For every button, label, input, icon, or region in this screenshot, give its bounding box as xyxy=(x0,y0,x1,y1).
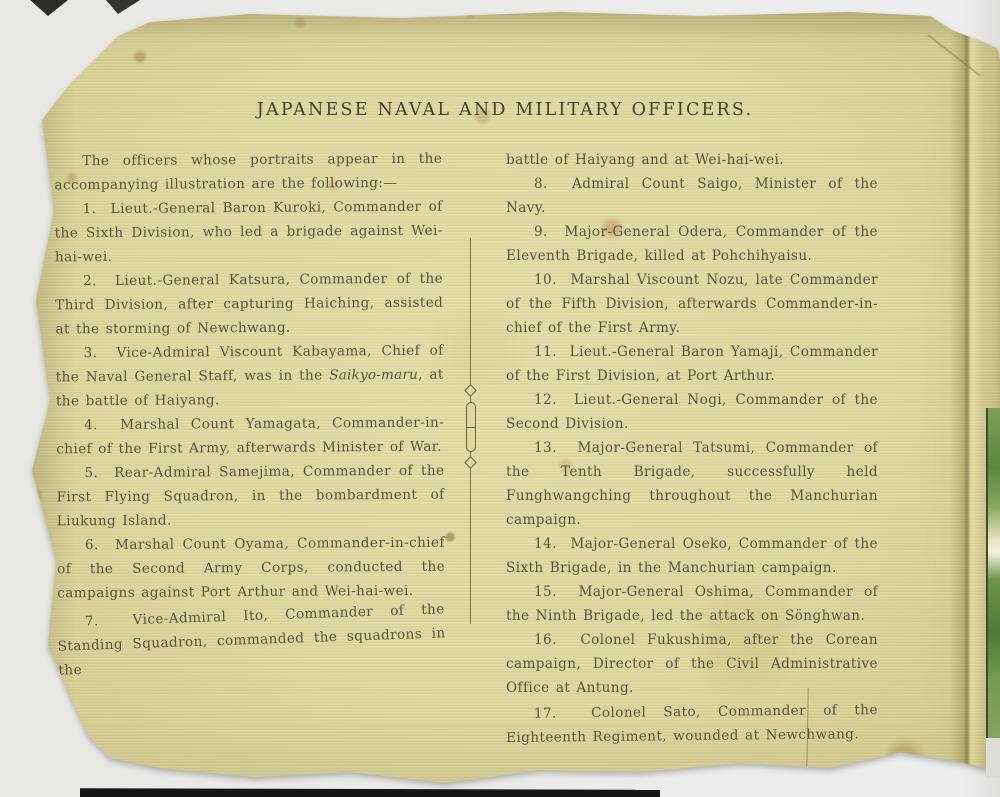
officer-entry-2: 2. Lieut.-General Katsura, Commander of … xyxy=(55,267,443,342)
divider-capsule-ornament xyxy=(466,402,476,452)
text-run: 15. Major-General Oshima, Commander of t… xyxy=(506,584,878,624)
paper-sheet-wrap: JAPANESE NAVAL AND MILITARY OFFICERS. Th… xyxy=(0,0,1000,797)
text-run: 2. Lieut.-General Katsura, Commander of … xyxy=(55,271,443,338)
text-run: 6. Marshal Count Oyama, Commander-in-chi… xyxy=(57,535,445,602)
text-run: 9. Major-General Odera, Commander of the… xyxy=(506,224,878,264)
scanned-book-page: JAPANESE NAVAL AND MILITARY OFFICERS. Th… xyxy=(0,0,1000,797)
officer-entry-13: 13. Major-General Tatsumi, Commander of … xyxy=(506,436,878,532)
text-run: 13. Major-General Tatsumi, Commander of … xyxy=(506,440,878,528)
adjacent-page-edge xyxy=(986,738,1000,778)
officer-entry-15: 15. Major-General Oshima, Commander of t… xyxy=(506,580,878,628)
officer-entry-12: 12. Lieut.-General Nogi, Commander of th… xyxy=(506,388,878,436)
right-text-column: battle of Haiyang and at Wei-hai-wei.8. … xyxy=(506,148,878,748)
officer-entry-4: 4. Marshal Count Yamagata, Commander-in-… xyxy=(56,411,444,462)
intro-paragraph: The officers whose portraits appear in t… xyxy=(54,147,442,198)
divider-diamond-ornament xyxy=(464,384,477,397)
officer-entry-5: 5. Rear-Admiral Samejima, Commander of t… xyxy=(56,459,444,534)
text-run: 17. Colonel Sato, Commander of the Eight… xyxy=(506,702,878,746)
text-run: 8. Admiral Count Saigo, Minister of the … xyxy=(506,176,878,216)
text-run: The officers whose portraits appear in t… xyxy=(54,151,442,194)
scan-artifact-black-strip xyxy=(80,788,660,797)
text-run: 4. Marshal Count Yamagata, Commander-in-… xyxy=(56,415,444,458)
officer-entry-16: 16. Colonel Fukushima, after the Corean … xyxy=(506,628,878,700)
text-run: 11. Lieut.-General Baron Yamaji, Command… xyxy=(506,344,878,384)
officer-entry-14: 14. Major-General Oseko, Commander of th… xyxy=(506,532,878,580)
page-title: JAPANESE NAVAL AND MILITARY OFFICERS. xyxy=(10,100,1000,120)
officer-entry-3: 3. Vice-Admiral Viscount Kabayama, Chief… xyxy=(56,339,444,414)
text-run: 1. Lieut.-General Baron Kuroki, Commande… xyxy=(55,199,443,266)
ship-name-italic: Saikyo-maru xyxy=(329,367,418,384)
adjacent-page-illustration-sliver xyxy=(986,408,1000,738)
top-right-fold-line xyxy=(927,34,980,76)
officer-entry-1: 1. Lieut.-General Baron Kuroki, Commande… xyxy=(54,195,442,270)
text-run: 7. Vice-Admiral Ito, Commander of the St… xyxy=(57,601,445,679)
crepe-paper-sheet: JAPANESE NAVAL AND MILITARY OFFICERS. Th… xyxy=(0,0,1000,797)
officer-entry-11: 11. Lieut.-General Baron Yamaji, Command… xyxy=(506,340,878,388)
left-edge-highlight xyxy=(24,60,34,737)
right-fold-crease xyxy=(950,10,984,772)
officer-entry-7: 7. Vice-Admiral Ito, Commander of the St… xyxy=(56,597,446,682)
text-run: 14. Major-General Oseko, Commander of th… xyxy=(506,536,878,576)
officer-entry-9: 9. Major-General Odera, Commander of the… xyxy=(506,220,878,268)
text-run: 16. Colonel Fukushima, after the Corean … xyxy=(506,632,878,696)
text-run: 5. Rear-Admiral Samejima, Commander of t… xyxy=(57,463,445,530)
officer-entry-6: 6. Marshal Count Oyama, Commander-in-chi… xyxy=(57,531,445,606)
text-run: 10. Marshal Viscount Nozu, late Commande… xyxy=(506,272,878,336)
continued-paragraph: battle of Haiyang and at Wei-hai-wei. xyxy=(506,148,878,172)
divider-diamond-ornament xyxy=(464,456,477,469)
left-text-column: The officers whose portraits appear in t… xyxy=(54,147,446,678)
officer-entry-8: 8. Admiral Count Saigo, Minister of the … xyxy=(506,172,878,220)
text-run: 12. Lieut.-General Nogi, Commander of th… xyxy=(506,392,878,432)
text-run: battle of Haiyang and at Wei-hai-wei. xyxy=(506,152,784,168)
top-edge-shading xyxy=(60,8,980,42)
officer-entry-10: 10. Marshal Viscount Nozu, late Commande… xyxy=(506,268,878,340)
officer-entry-17: 17. Colonel Sato, Commander of the Eight… xyxy=(506,698,878,750)
